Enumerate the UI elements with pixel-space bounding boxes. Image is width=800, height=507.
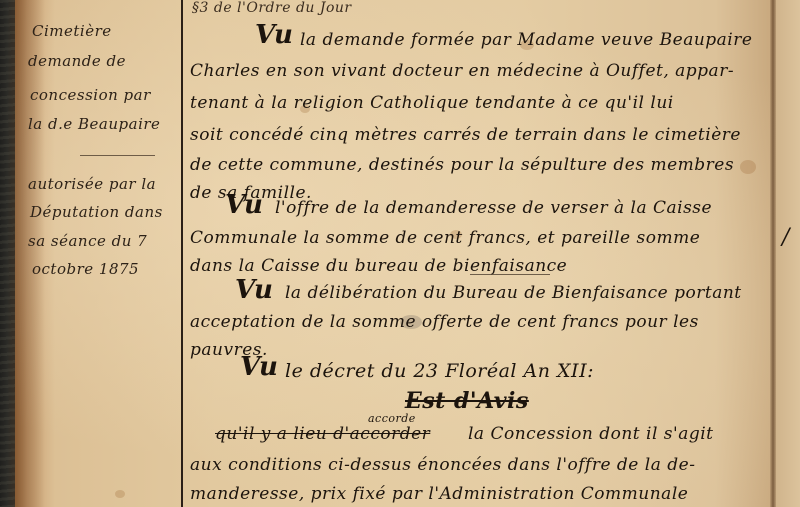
body-line: soit concédé cinq mètres carrés de terra… bbox=[190, 125, 741, 145]
body-line: la délibération du Bureau de Bienfaisanc… bbox=[285, 283, 742, 303]
body-line: aux conditions ci-dessus énoncées dans l… bbox=[190, 455, 695, 475]
vu-lead: Vu bbox=[235, 275, 273, 305]
gutter-shadow bbox=[15, 0, 45, 507]
next-page-edge bbox=[776, 0, 800, 507]
margin-line: autorisée par la bbox=[28, 175, 156, 193]
book-binding bbox=[0, 0, 15, 507]
body-line: Communale la somme de cent francs, et pa… bbox=[190, 228, 700, 248]
struck-heading: Est d'Avis bbox=[405, 388, 529, 414]
margin-line: sa séance du 7 bbox=[28, 232, 147, 250]
body-line: Charles en son vivant docteur en médecin… bbox=[190, 61, 734, 81]
vu-lead: Vu bbox=[255, 20, 293, 50]
agenda-heading: §3 de l'Ordre du Jour bbox=[192, 0, 352, 16]
struck-phrase: qu'il y a lieu d'accorder bbox=[215, 424, 430, 444]
body-line: manderesse, prix fixé par l'Administrati… bbox=[190, 484, 688, 504]
vu-lead: Vu bbox=[225, 190, 263, 220]
body-line: le décret du 23 Floréal An XII: bbox=[285, 360, 594, 382]
body-line: la demande formée par Madame veuve Beaup… bbox=[300, 30, 752, 50]
next-page-fragment: / bbox=[782, 225, 790, 250]
foxing-stain bbox=[740, 160, 756, 174]
body-line: acceptation de la somme offerte de cent … bbox=[190, 312, 699, 332]
margin-line: Députation dans bbox=[30, 203, 163, 221]
body-line: la Concession dont il s'agit bbox=[468, 424, 713, 444]
margin-line: Cimetière bbox=[32, 22, 112, 40]
margin-rule-line bbox=[181, 0, 183, 507]
margin-line: octobre 1875 bbox=[32, 260, 139, 278]
foxing-stain bbox=[115, 490, 125, 498]
margin-line: la d.e Beaupaire bbox=[28, 115, 160, 133]
body-line: l'offre de la demanderesse de verser à l… bbox=[275, 198, 712, 218]
margin-line: concession par bbox=[30, 86, 151, 104]
body-line: dans la Caisse du bureau de bienfaisance bbox=[190, 256, 567, 276]
margin-separator bbox=[80, 155, 155, 156]
body-line: de cette commune, destinés pour la sépul… bbox=[190, 155, 734, 175]
vu-lead: Vu bbox=[240, 352, 278, 382]
margin-line: demande de bbox=[28, 52, 126, 70]
line-filler bbox=[470, 274, 550, 275]
body-line: tenant à la religion Catholique tendante… bbox=[190, 93, 674, 113]
